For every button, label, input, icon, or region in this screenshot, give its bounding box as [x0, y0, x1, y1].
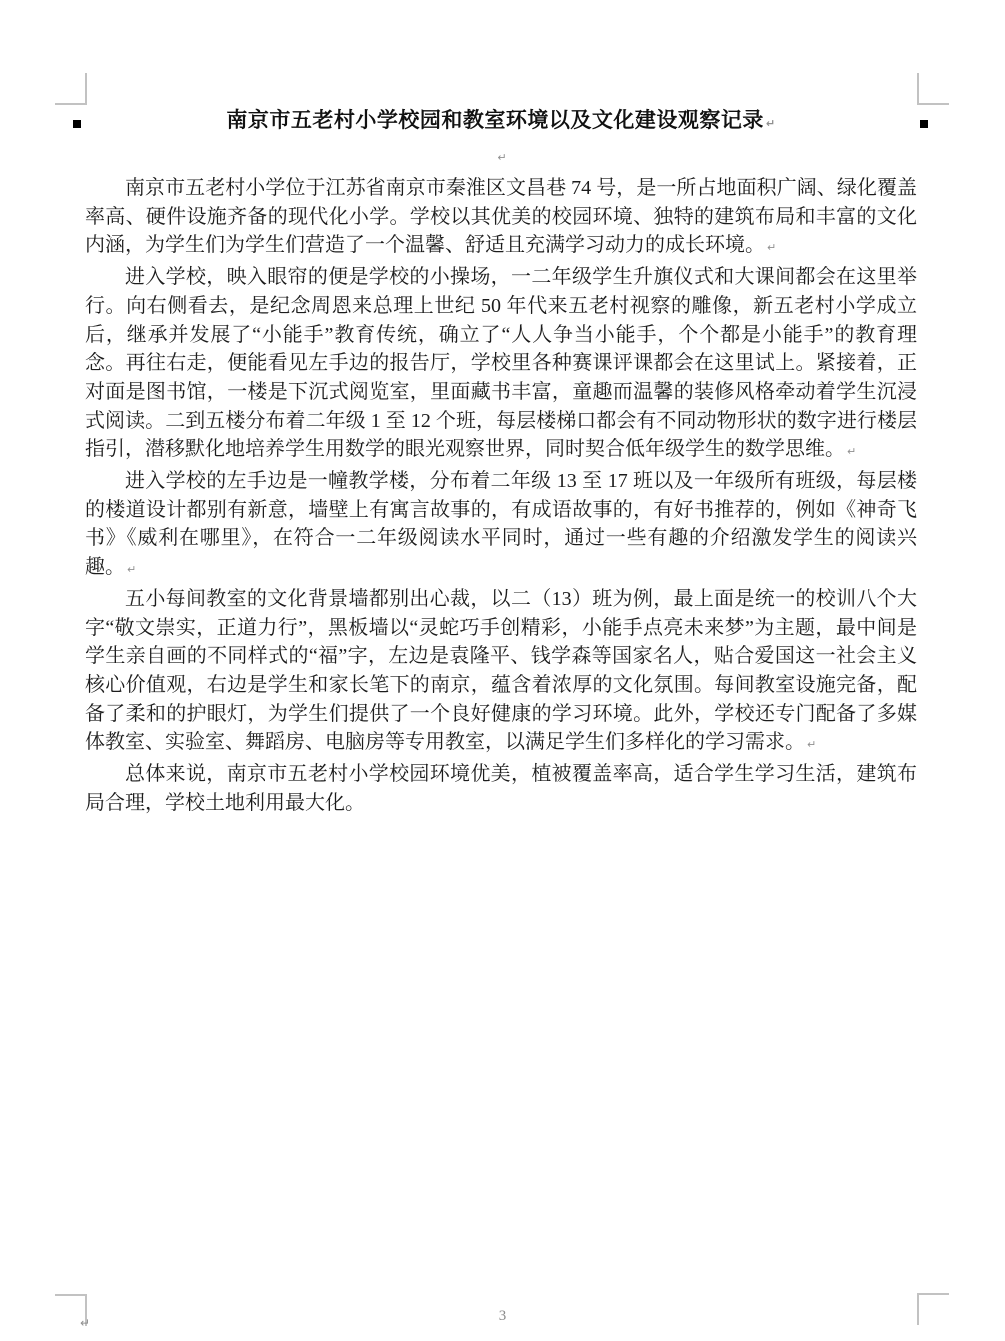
- document-body: 南京市五老村小学位于江苏省南京市秦淮区文昌巷 74 号，是一所占地面积广阔、绿化…: [85, 174, 917, 817]
- crop-mark-top-left-icon: [55, 73, 87, 105]
- paragraph-text: 南京市五老村小学位于江苏省南京市秦淮区文昌巷 74 号，是一所占地面积广阔、绿化…: [85, 177, 917, 256]
- paragraph-return-icon: ↵: [495, 151, 506, 164]
- paragraph-return-icon: ↵: [765, 241, 776, 254]
- paragraph-text: 总体来说，南京市五老村小学校园环境优美，植被覆盖率高，适合学生学习生活，建筑布局…: [85, 763, 917, 814]
- paragraph-text: 进入学校，映入眼帘的便是学校的小操场，一二年级学生升旗仪式和大课间都会在这里举行…: [85, 266, 917, 460]
- paragraph: 总体来说，南京市五老村小学校园环境优美，植被覆盖率高，适合学生学习生活，建筑布局…: [85, 760, 917, 817]
- paragraph-text: 五小每间教室的文化背景墙都别出心裁，以二（13）班为例，最上面是统一的校训八个大…: [85, 588, 917, 754]
- paragraph-return-icon: ↵: [845, 445, 856, 458]
- document-title-text: 南京市五老村小学校园和教室环境以及文化建设观察记录: [226, 109, 764, 132]
- paragraph-text: 进入学校的左手边是一幢教学楼，分布着二年级 13 至 17 班以及一年级所有班级…: [85, 470, 917, 578]
- crop-mark-top-right-icon: [917, 73, 949, 105]
- black-square-marker-left-icon: [73, 120, 81, 128]
- empty-line: ↵: [85, 140, 917, 174]
- paragraph: 进入学校，映入眼帘的便是学校的小操场，一二年级学生升旗仪式和大课间都会在这里举行…: [85, 263, 917, 467]
- text-area: 南京市五老村小学校园和教室环境以及文化建设观察记录↵ ↵ 南京市五老村小学位于江…: [85, 104, 917, 817]
- paragraph: 五小每间教室的文化背景墙都别出心裁，以二（13）班为例，最上面是统一的校训八个大…: [85, 585, 917, 760]
- document-page: 南京市五老村小学校园和教室环境以及文化建设观察记录↵ ↵ 南京市五老村小学位于江…: [0, 0, 1005, 1341]
- page-number: 3: [0, 1308, 1005, 1325]
- paragraph-return-icon: ↵: [805, 738, 816, 751]
- black-square-marker-right-icon: [920, 120, 928, 128]
- paragraph: 南京市五老村小学位于江苏省南京市秦淮区文昌巷 74 号，是一所占地面积广阔、绿化…: [85, 174, 917, 263]
- paragraph: 进入学校的左手边是一幢教学楼，分布着二年级 13 至 17 班以及一年级所有班级…: [85, 467, 917, 585]
- paragraph-return-icon: ↵: [764, 117, 776, 130]
- paragraph-return-icon: ↵: [125, 563, 136, 576]
- document-title: 南京市五老村小学校园和教室环境以及文化建设观察记录↵: [85, 104, 917, 140]
